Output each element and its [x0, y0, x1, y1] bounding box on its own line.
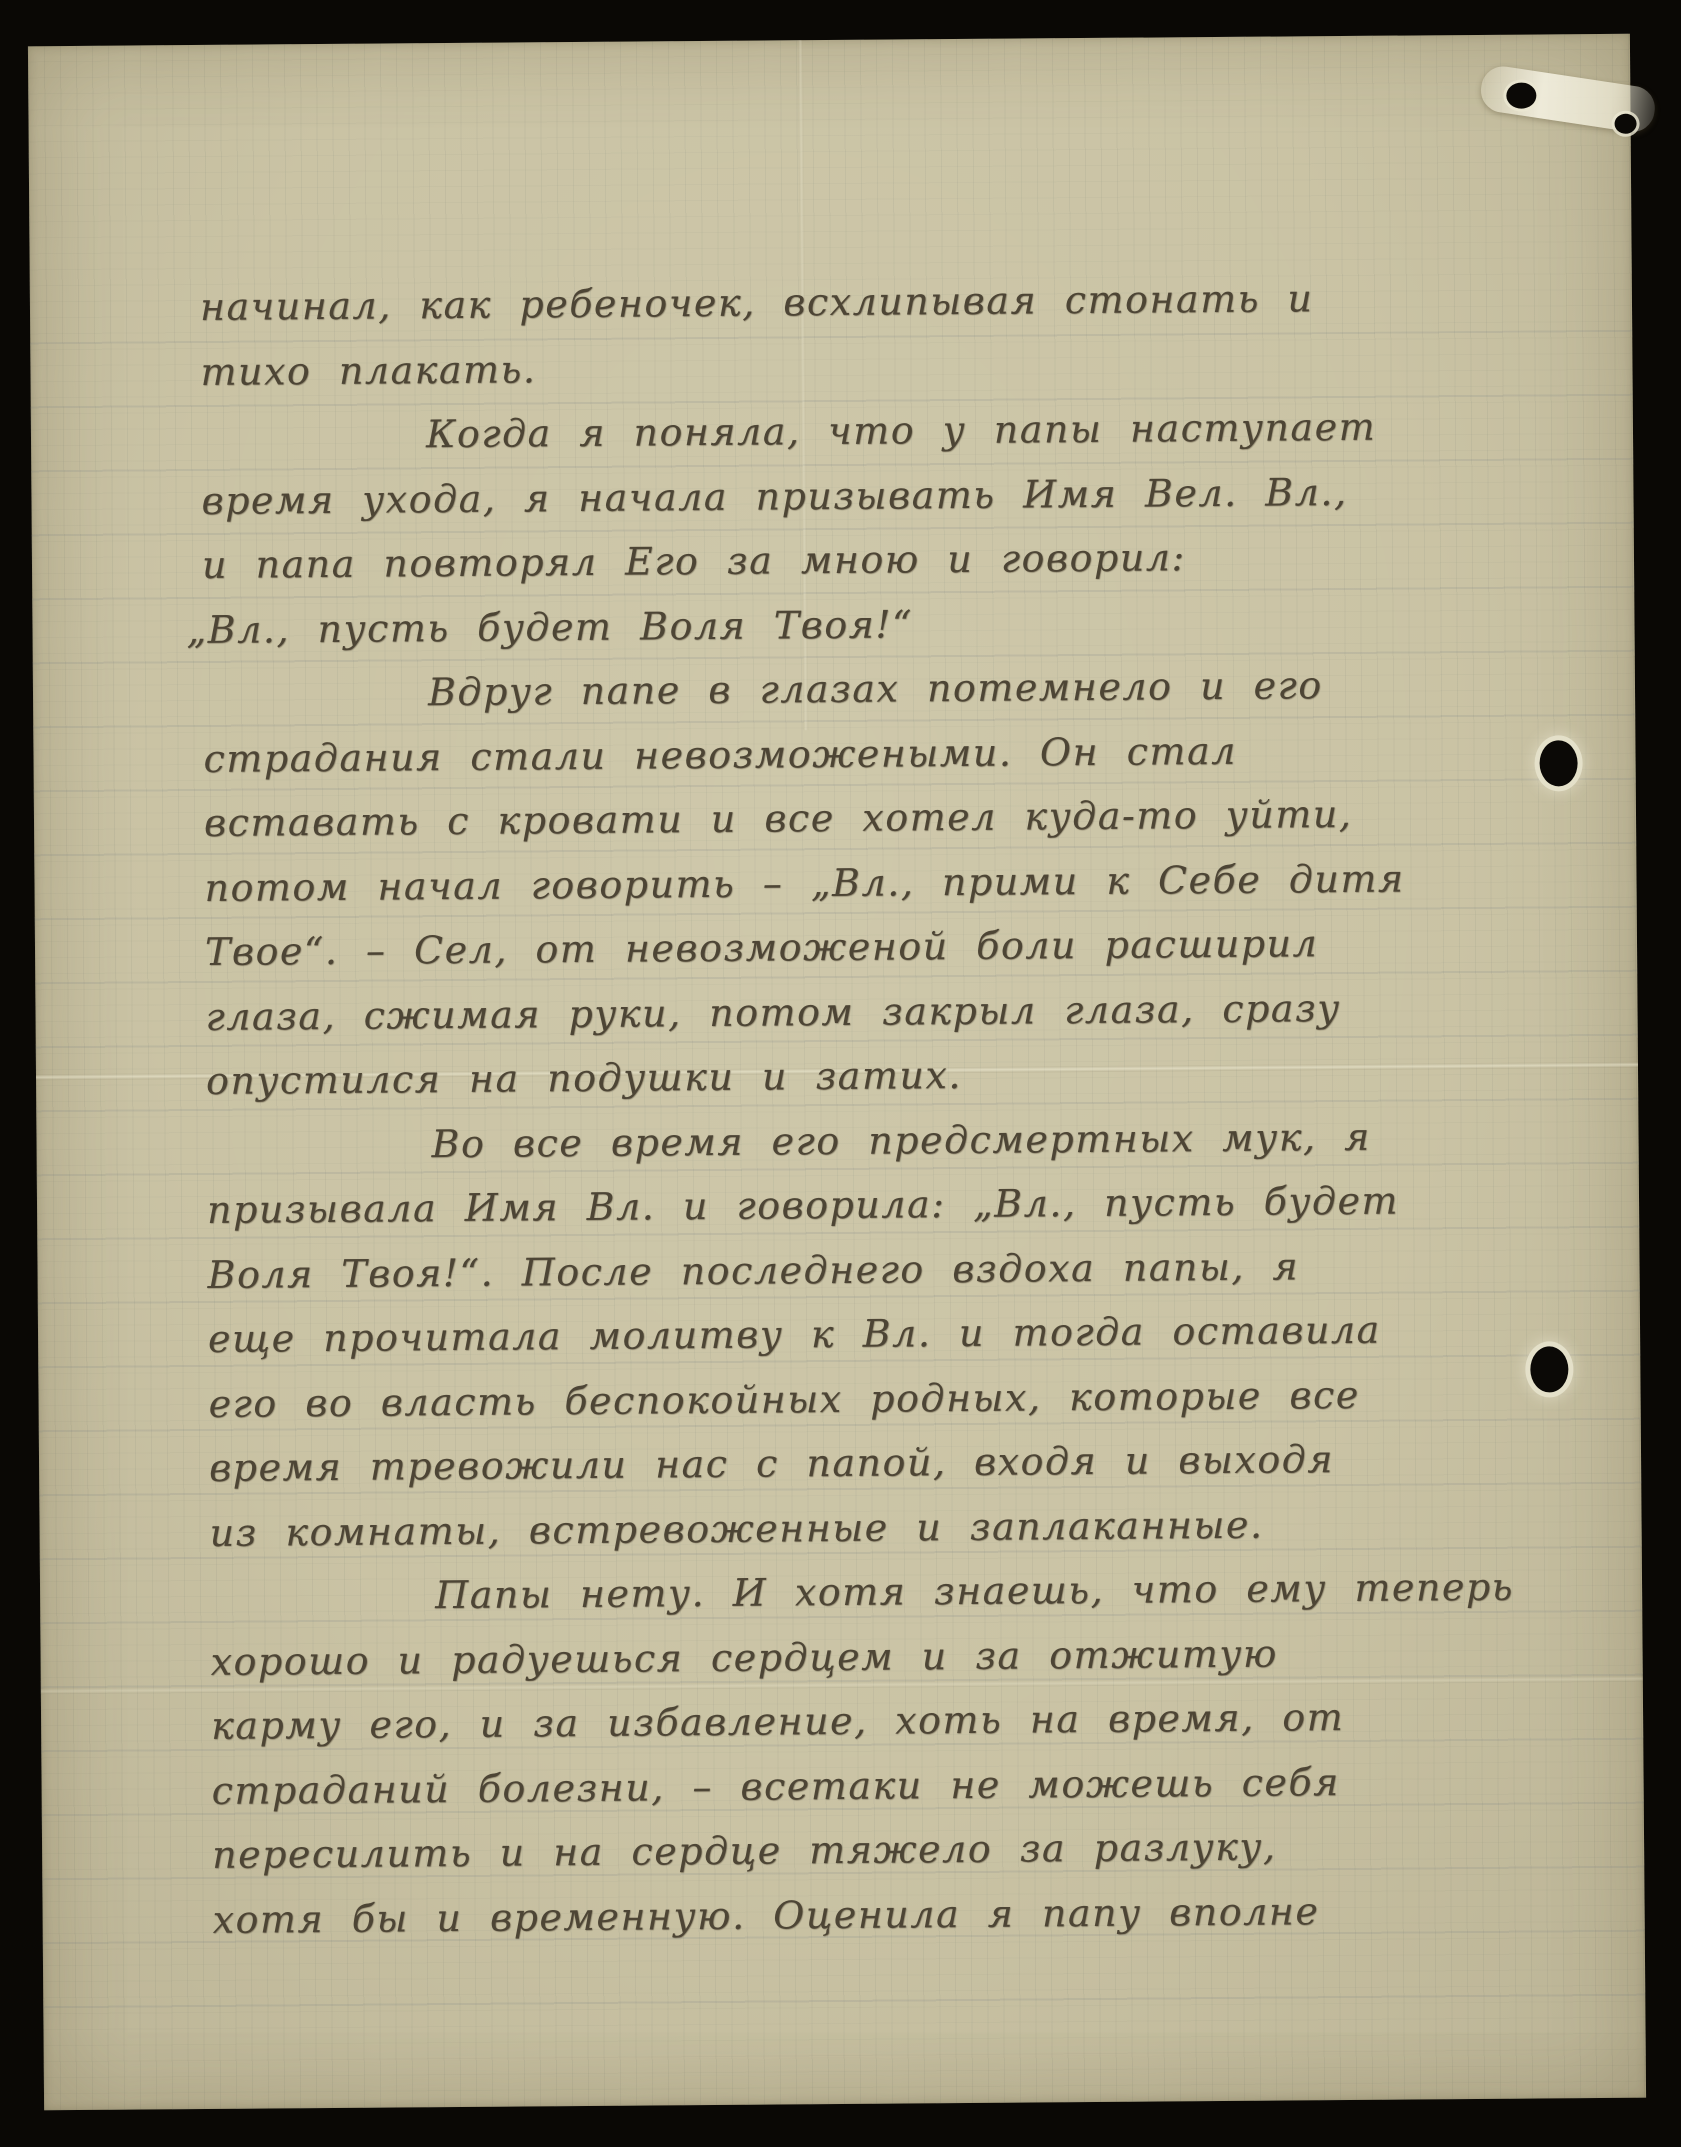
handwritten-line: страдания стали невозможеными. Он стал [203, 725, 1611, 801]
handwritten-line: призывала Имя Вл. и говорила: „Вл., пуст… [207, 1177, 1615, 1253]
handwritten-line: Вдруг папе в глазах потемнело и его [203, 661, 1611, 737]
handwritten-line: глаза, сжимая руки, потом закрыл глаза, … [205, 983, 1613, 1059]
photo-background: начинал, как ребеночек, всхлипывая стона… [0, 0, 1681, 2147]
handwritten-line: страданий болезни, – всетаки не можешь с… [211, 1757, 1619, 1833]
handwritten-line: Воля Твоя!“. После последнего вздоха пап… [207, 1241, 1615, 1317]
handwritten-line: его во власть беспокойных родных, которы… [208, 1370, 1616, 1446]
handwritten-line: потом начал говорить – „Вл., прими к Себ… [204, 854, 1612, 930]
handwritten-line: „Вл., пусть будет Воля Твоя!“ [186, 596, 1610, 672]
handwritten-line: время ухода, я начала призывать Имя Вел.… [201, 467, 1609, 543]
handwritten-line: еще прочитала молитву к Вл. и тогда оста… [208, 1306, 1616, 1382]
handwritten-line: Когда я поняла, что у папы наступает [201, 403, 1609, 479]
handwritten-line: карму его, и за избавление, хоть на врем… [211, 1693, 1619, 1769]
letter-text: начинал, как ребеночек, всхлипывая стона… [200, 274, 1621, 1962]
handwritten-line: Во все время его предсмертных мук, я [206, 1112, 1614, 1188]
handwritten-line: тихо плакать. [200, 338, 1608, 414]
handwritten-line: и папа повторял Его за мною и говорил: [202, 532, 1610, 608]
handwritten-line: вставать с кровати и все хотел куда-то у… [204, 790, 1612, 866]
handwritten-line: хотя бы и временную. Оценила я папу впол… [212, 1886, 1620, 1962]
handwritten-line: пересилить и на сердце тяжело за разлуку… [212, 1822, 1620, 1898]
handwritten-line: опустился на подушки и затих. [206, 1048, 1614, 1124]
tear-hole-left [1506, 82, 1536, 108]
handwritten-line: начинал, как ребеночек, всхлипывая стона… [200, 274, 1608, 350]
handwritten-line: Папы нету. И хотя знаешь, что ему теперь [210, 1564, 1618, 1640]
letter-page: начинал, как ребеночек, всхлипывая стона… [28, 34, 1646, 2111]
handwritten-line: Твое“. – Сел, от невозможеной боли расши… [205, 919, 1613, 995]
handwritten-line: время тревожили нас с папой, входя и вых… [209, 1435, 1617, 1511]
handwritten-line: из комнаты, встревоженные и заплаканные. [209, 1499, 1617, 1575]
handwritten-line: хорошо и радуешься сердцем и за отжитую [210, 1628, 1618, 1704]
tear-hole-right [1614, 114, 1636, 134]
